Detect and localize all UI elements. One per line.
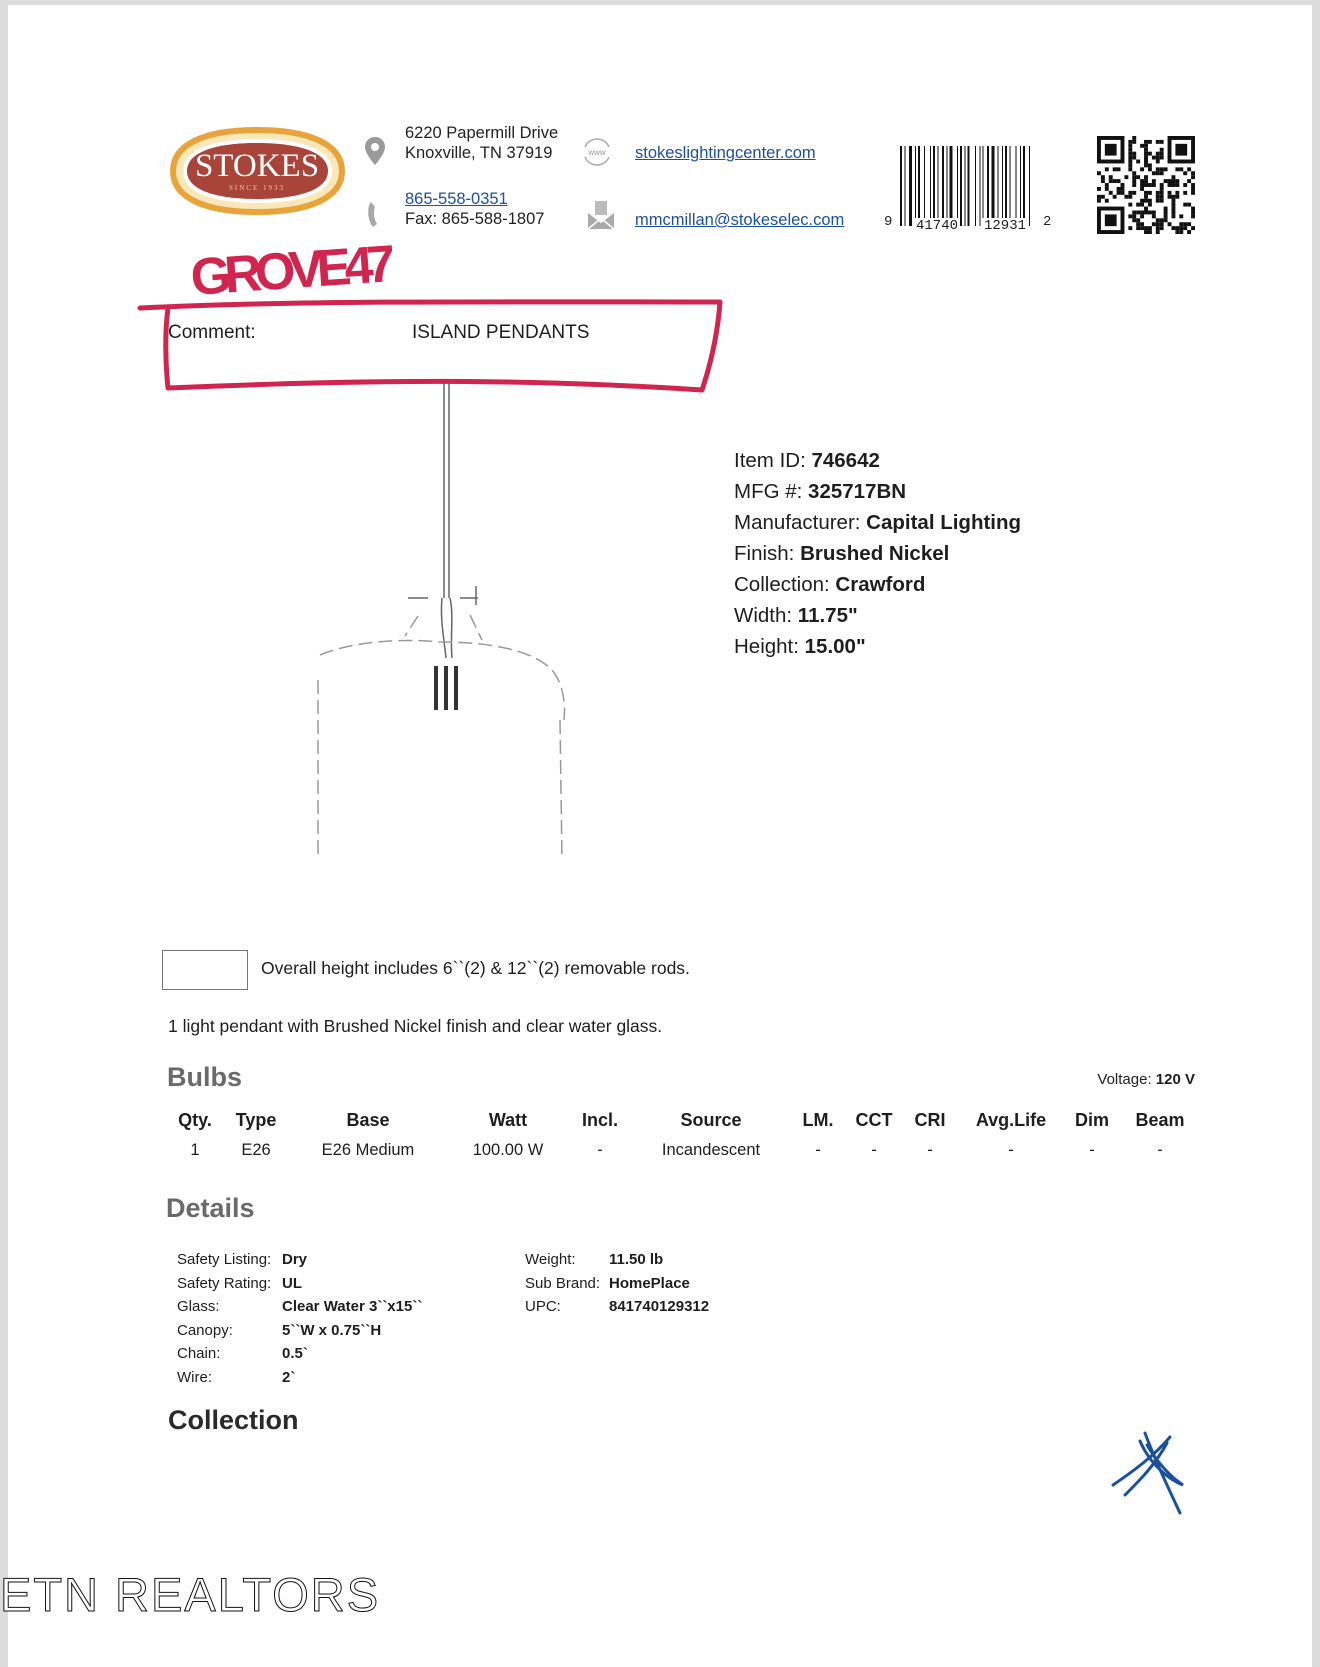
logo-name: STOKES [195, 148, 319, 184]
detail-label: Canopy: [177, 1319, 233, 1343]
product-description: 1 light pendant with Brushed Nickel fini… [168, 1016, 662, 1037]
item-field-value: Brushed Nickel [800, 542, 949, 565]
bulbs-column-header: Type [236, 1110, 277, 1131]
barcode-lead-digit: 9 [884, 214, 892, 230]
detail-value: Dry [282, 1248, 307, 1272]
detail-value: UL [282, 1272, 302, 1296]
address-line1: 6220 Papermill Drive [405, 123, 558, 143]
phone-icon [365, 200, 385, 235]
item-field-value: 11.75" [798, 604, 858, 627]
comment-label: Comment: [168, 322, 256, 344]
logo-tagline: SINCE 1933 [229, 184, 285, 192]
item-field-value: 15.00" [805, 635, 866, 658]
bulbs-cell: - [1157, 1141, 1163, 1160]
pendant-light-illustration [310, 380, 580, 880]
bulbs-column-header: CCT [856, 1110, 893, 1131]
www-globe-icon: www [580, 135, 614, 174]
item-field: Width: 11.75" [734, 600, 1021, 631]
voltage: Voltage: 120 V [1097, 1071, 1195, 1088]
detail-value: 5``W x 0.75``H [282, 1319, 381, 1343]
detail-value: 2` [282, 1366, 295, 1390]
item-field-label: Collection: [734, 573, 835, 596]
bulbs-column-header: Watt [489, 1110, 527, 1131]
item-field-label: MFG #: [734, 480, 808, 503]
bulbs-cell: - [927, 1141, 933, 1160]
address: 6220 Papermill Drive Knoxville, TN 37919 [405, 123, 558, 163]
bulbs-heading: Bulbs [167, 1062, 242, 1093]
qr-code [1097, 136, 1195, 234]
barcode-check-digit: 2 [1043, 214, 1051, 230]
item-field: Collection: Crawford [734, 569, 1021, 600]
detail-label: Weight: [525, 1248, 576, 1272]
bulbs-column-header: CRI [915, 1110, 946, 1131]
item-field-value: 325717BN [808, 480, 906, 503]
bulbs-cell: - [871, 1141, 877, 1160]
rod-note-box [162, 950, 248, 990]
item-field: Manufacturer: Capital Lighting [734, 507, 1021, 538]
item-info: Item ID: 746642MFG #: 325717BNManufactur… [734, 445, 1021, 662]
detail-label: Glass: [177, 1295, 220, 1319]
bulbs-cell: - [1008, 1141, 1014, 1160]
svg-text:www: www [587, 148, 606, 157]
item-field: MFG #: 325717BN [734, 476, 1021, 507]
envelope-icon [586, 199, 616, 236]
detail-value: 11.50 lb [609, 1248, 663, 1272]
collection-heading: Collection [168, 1405, 299, 1436]
detail-label: UPC: [525, 1295, 561, 1319]
signature [1105, 1425, 1195, 1525]
bulbs-cell: - [815, 1141, 821, 1160]
email-link[interactable]: mmcmillan@stokeselec.com [635, 210, 844, 230]
item-field-value: Crawford [835, 573, 925, 596]
bulbs-cell: 1 [190, 1141, 199, 1160]
bulbs-column-header: Avg.Life [976, 1110, 1046, 1131]
detail-value: Clear Water 3``x15`` [282, 1295, 422, 1319]
details-heading: Details [166, 1193, 255, 1224]
rods-note: Overall height includes 6``(2) & 12``(2)… [261, 958, 690, 979]
map-pin-icon [364, 136, 386, 171]
detail-value: 0.5` [282, 1342, 308, 1366]
detail-label: Chain: [177, 1342, 220, 1366]
address-line2: Knoxville, TN 37919 [405, 143, 558, 163]
watermark: ETN REALTORS [0, 1567, 380, 1622]
item-field-label: Manufacturer: [734, 511, 866, 534]
barcode-group1: 41740 [914, 218, 960, 234]
phone-block: 865-558-0351 Fax: 865-588-1807 [405, 189, 544, 229]
detail-label: Safety Rating: [177, 1272, 271, 1296]
bulbs-column-header: Dim [1075, 1110, 1109, 1131]
website-link[interactable]: stokeslightingcenter.com [635, 143, 816, 163]
detail-label: Wire: [177, 1366, 212, 1390]
item-field-label: Height: [734, 635, 805, 658]
item-field-label: Item ID: [734, 449, 811, 472]
item-field-value: 746642 [811, 449, 879, 472]
bulbs-cell: E26 Medium [322, 1141, 415, 1160]
bulbs-cell: E26 [241, 1141, 270, 1160]
barcode-group2: 12931 [982, 218, 1028, 234]
bulbs-cell: 100.00 W [473, 1141, 544, 1160]
bulbs-column-header: LM. [803, 1110, 834, 1131]
phone-link[interactable]: 865-558-0351 [405, 190, 508, 208]
fax-number: Fax: 865-588-1807 [405, 209, 544, 229]
item-field: Finish: Brushed Nickel [734, 538, 1021, 569]
voltage-value: 120 V [1156, 1071, 1195, 1088]
detail-label: Sub Brand: [525, 1272, 600, 1296]
bulbs-column-header: Beam [1135, 1110, 1184, 1131]
bulbs-cell: - [597, 1141, 603, 1160]
item-field-label: Width: [734, 604, 798, 627]
item-field-label: Finish: [734, 542, 800, 565]
detail-value: HomePlace [609, 1272, 690, 1296]
bulbs-column-header: Base [346, 1110, 389, 1131]
bulbs-column-header: Source [680, 1110, 741, 1131]
item-field-value: Capital Lighting [866, 511, 1021, 534]
detail-value: 841740129312 [609, 1295, 709, 1319]
bulbs-cell: - [1089, 1141, 1095, 1160]
voltage-label: Voltage: [1097, 1071, 1155, 1088]
item-field: Height: 15.00" [734, 631, 1021, 662]
bulbs-column-header: Qty. [178, 1110, 212, 1131]
bulbs-cell: Incandescent [662, 1141, 760, 1160]
detail-label: Safety Listing: [177, 1248, 271, 1272]
item-field: Item ID: 746642 [734, 445, 1021, 476]
comment-value: ISLAND PENDANTS [412, 322, 589, 344]
bulbs-column-header: Incl. [582, 1110, 618, 1131]
stokes-logo: STOKES SINCE 1933 [165, 124, 350, 218]
